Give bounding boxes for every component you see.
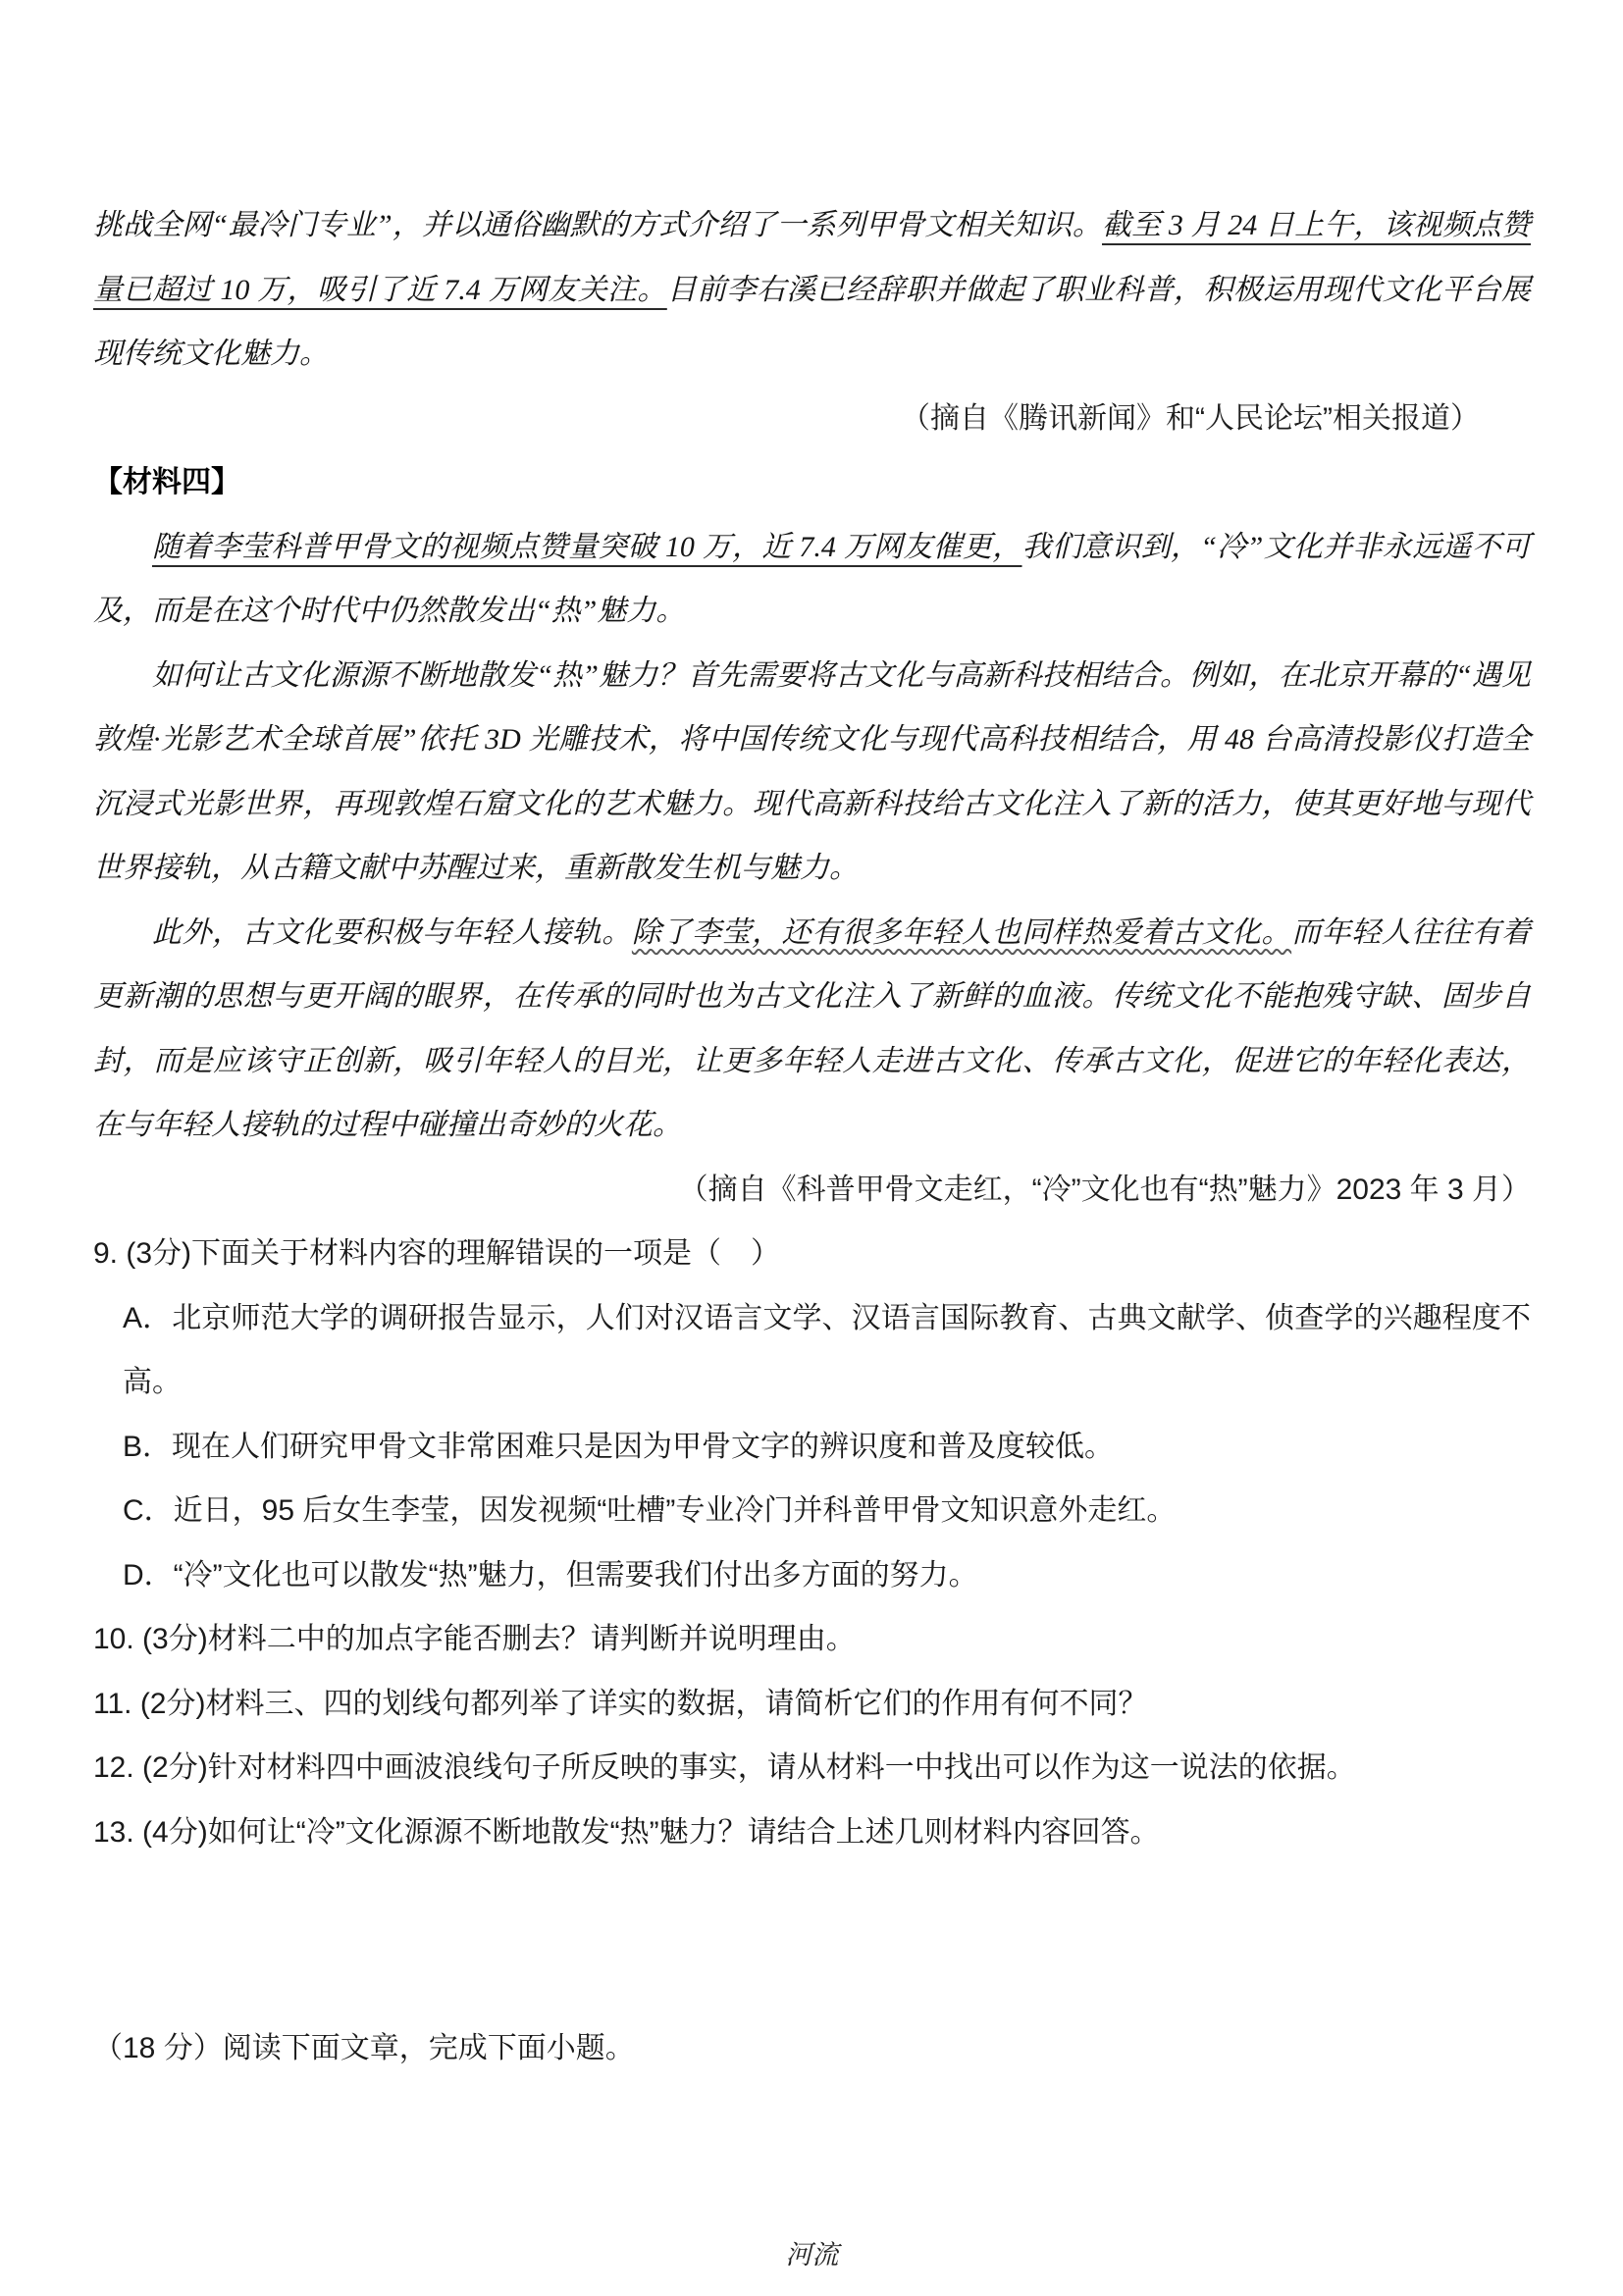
question-13: 13. (4分)如何让“冷”文化源源不断地散发“热”魅力？请结合上述几则材料内容… [93, 1800, 1531, 1865]
question-10: 10. (3分)材料二中的加点字能否删去？请判断并说明理由。 [93, 1607, 1531, 1672]
question-9-option-b: B．现在人们研究甲骨文非常困难只是因为甲骨文字的辨识度和普及度较低。 [93, 1415, 1531, 1480]
question-9-option-a: A．北京师范大学的调研报告显示，人们对汉语言文学、汉语言国际教育、古典文献学、侦… [93, 1286, 1531, 1415]
material-four-underlined-sentence: 随着李莹科普甲骨文的视频点赞量突破 10 万，近 7.4 万网友催更， [152, 531, 1022, 563]
question-9-block: 9. (3分)下面关于材料内容的理解错误的一项是（ ） A．北京师范大学的调研报… [93, 1222, 1531, 1607]
question-9-stem: 9. (3分)下面关于材料内容的理解错误的一项是（ ） [93, 1222, 1531, 1286]
material-three-source-attribution: （摘自《腾讯新闻》和“人民论坛”相关报道） [93, 387, 1531, 451]
material-four-paragraph-2: 如何让古文化源源不断地散发“热”魅力？首先需要将古文化与高新科技相结合。例如，在… [93, 644, 1531, 901]
question-9-option-d: D．“冷”文化也可以散发“热”魅力，但需要我们付出多方面的努力。 [93, 1543, 1531, 1608]
exam-document-page: 挑战全网“最冷门专业”，并以通俗幽默的方式介绍了一系列甲骨文相关知识。截至 3 … [0, 0, 1623, 2296]
article-title: 河流 [93, 2223, 1531, 2288]
material-four-wavy-underlined-sentence: 除了李莹，还有很多年轻人也同样热爱着古文化。 [632, 916, 1291, 949]
material-four-paragraph-1: 随着李莹科普甲骨文的视频点赞量突破 10 万，近 7.4 万网友催更，我们意识到… [93, 515, 1531, 644]
question-9-option-c: C．近日，95 后女生李莹，因发视频“吐槽”专业冷门并科普甲骨文知识意外走红。 [93, 1479, 1531, 1543]
material-four-heading: 【材料四】 [93, 450, 1531, 515]
question-11: 11. (2分)材料三、四的划线句都列举了详实的数据，请简析它们的作用有何不同？ [93, 1672, 1531, 1737]
material-four-source-attribution: （摘自《科普甲骨文走红，“冷”文化也有“热”魅力》2023 年 3 月） [93, 1158, 1531, 1223]
material-three-closing-paragraph: 挑战全网“最冷门专业”，并以通俗幽默的方式介绍了一系列甲骨文相关知识。截至 3 … [93, 193, 1531, 387]
material-four-para3-text: 此外，古文化要积极与年轻人接轨。 [152, 916, 632, 949]
material-three-text: 挑战全网“最冷门专业”，并以通俗幽默的方式介绍了一系列甲骨文相关知识。 [93, 209, 1102, 241]
next-section-intro: （18 分）阅读下面文章，完成下面小题。 [93, 2016, 1531, 2081]
material-four-paragraph-3: 此外，古文化要积极与年轻人接轨。除了李莹，还有很多年轻人也同样热爱着古文化。而年… [93, 901, 1531, 1158]
material-four-para3-text-after: 而年轻人往往有着更新潮的思想与更开阔的眼界，在传承的同时也为古文化注入了新鲜的血… [93, 916, 1531, 1142]
question-12: 12. (2分)针对材料四中画波浪线句子所反映的事实，请从材料一中找出可以作为这… [93, 1736, 1531, 1800]
